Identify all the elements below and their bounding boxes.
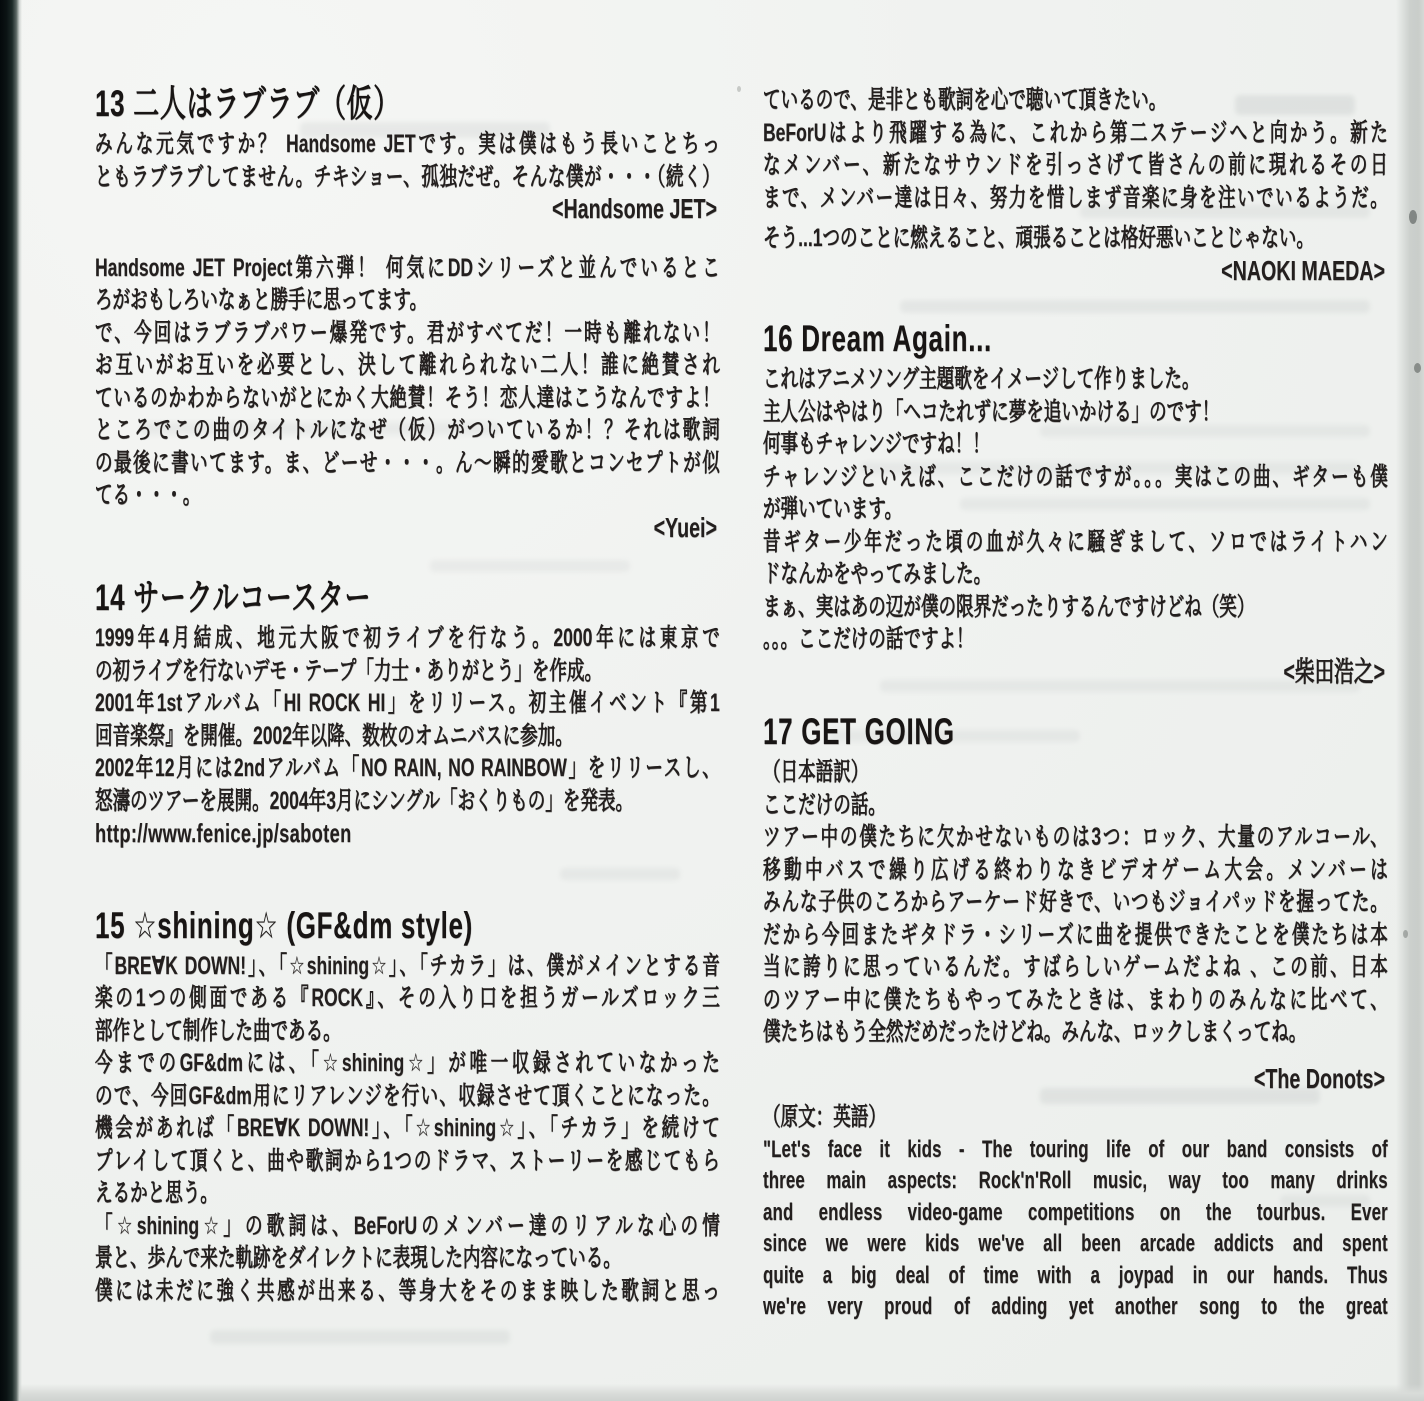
paragraph: そう...1つのことに燃えること、頑張ることは格好悪いことじゃない。 <box>763 222 1388 255</box>
body-line: we're very proud of adding yet another s… <box>763 1291 1388 1323</box>
body-line: えるかと思う。 <box>95 1177 720 1210</box>
dust-speck <box>1403 930 1408 938</box>
body-line: の初ライブを行ないデモ・テープ「力士・ありがとう」を作成。 <box>95 655 720 688</box>
paragraph: 1999年4月結成、地元大阪で初ライブを行なう。2000年には東京での初ライブを… <box>95 622 720 817</box>
body-line: 主人公はやはり「ヘコたれずに夢を追いかける」のです！ <box>763 396 1388 429</box>
body-line: quite a big deal of time with a joypad i… <box>763 1260 1388 1292</box>
section-heading: 16 Dream Again... <box>763 319 1388 359</box>
body-line: 移動中バスで繰り広げる終わりなきビデオゲーム大会。メンバーは <box>763 854 1388 887</box>
body-line: まで、メンバー達は日々、努力を惜しまず音楽に身を注いでいるようだ。 <box>763 182 1388 215</box>
body-line: みんな子供のころからアーケード好きで、いつもジョイパッドを握ってた。 <box>763 886 1388 919</box>
section-heading: 14 サークルコースター <box>95 578 720 618</box>
body-line: なメンバー、新たなサウンドを引っさげて皆さんの前に現れるその日 <box>763 149 1388 182</box>
body-line: ので、今回GF&dm用にリアレンジを行い、収録させて頂くことになった。 <box>95 1080 720 1113</box>
section-heading: 13 二人はラブラブ（仮） <box>95 84 720 124</box>
body-line: が弾いています。 <box>763 493 1388 526</box>
body-line: の最後に書いてます。ま、どーせ・・・。ん～瞬的愛歌とコンセプトが似 <box>95 447 720 480</box>
body-line: 僕たちはもう全然だめだったけどね。みんな、ロックしまくってね。 <box>763 1016 1388 1049</box>
body-line: 2002年12月には2ndアルバム「NO RAIN, NO RAINBOW」をリ… <box>95 752 720 785</box>
body-line: ともラブラブしてません。チキショー、孤独だぜ。そんな僕が・・・（続く） <box>95 161 720 194</box>
body-line: three main aspects: Rock'n'Roll music, w… <box>763 1165 1388 1197</box>
body-line: 昔ギター少年だった頃の血が久々に騒ぎまして、ソロではライトハン <box>763 526 1388 559</box>
body-line: （原文：英語） <box>763 1101 1388 1134</box>
right-column: ているので、是非とも歌詞を心で聴いて頂きたい。BeForUはより飛躍する為に、こ… <box>763 84 1388 1323</box>
body-line: and endless video-game competitions on t… <box>763 1197 1388 1229</box>
page-bottom-edge <box>0 1384 1424 1401</box>
body-line: ドなんかをやってみました。 <box>763 558 1388 591</box>
body-line: ているのかわからないがとにかく大絶賛！そう！恋人達はこうなんですよ！ <box>95 382 720 415</box>
body-line: 機会があれば「BRE∀K DOWN!」、「☆shining☆」、「チカラ」を続け… <box>95 1112 720 1145</box>
paragraph: 「BRE∀K DOWN!」、「☆shining☆」、「チカラ」は、僕がメインとす… <box>95 950 720 1308</box>
body-line: （日本語訳） <box>763 756 1388 789</box>
dust-speck <box>1409 210 1417 224</box>
dust-speck <box>1414 363 1421 373</box>
body-line: てる・・・。 <box>95 479 720 512</box>
paragraph: みんな元気ですか？ Handsome JETです。実は僕はもう長いことちっともラ… <box>95 128 720 193</box>
body-line: プレイして頂くと、曲や歌詞から1つのドラマ、ストーリーを感じてもら <box>95 1145 720 1178</box>
body-line: BeForUはより飛躍する為に、これから第二ステージへと向かう。新た <box>763 117 1388 150</box>
left-column: 13 二人はラブラブ（仮）みんな元気ですか？ Handsome JETです。実は… <box>95 84 720 1307</box>
body-line: ツアー中の僕たちに欠かせないものは3つ：ロック、大量のアルコール、 <box>763 821 1388 854</box>
body-line: 僕には未だに強く共感が出来る、等身大をそのまま映した歌詞と思っ <box>95 1275 720 1308</box>
credit-line: <柴田浩之> <box>763 656 1388 689</box>
credit-line: <NAOKI MAEDA> <box>763 255 1388 288</box>
body-line: お互いがお互いを必要とし、決して離れられない二人！誰に絶賛され <box>95 349 720 382</box>
paragraph: （原文：英語） <box>763 1101 1388 1134</box>
body-line: のツアー中に僕たちもやってみたときは、まわりのみんなに比べて、 <box>763 984 1388 1017</box>
paragraph: ているので、是非とも歌詞を心で聴いて頂きたい。BeForUはより飛躍する為に、こ… <box>763 84 1388 214</box>
binding-edge <box>0 0 22 1401</box>
body-line: まぁ、実はあの辺が僕の限界だったりするんですけどね（笑） <box>763 591 1388 624</box>
body-line: 「☆shining☆」の歌詞は、BeForUのメンバー達のリアルな心の情 <box>95 1210 720 1243</box>
body-line: 何事もチャレンジですね！！ <box>763 428 1388 461</box>
body-line: ところでこの曲のタイトルになぜ（仮）がついているか！？それは歌詞 <box>95 414 720 447</box>
body-line: 。。。ここだけの話ですよ！ <box>763 623 1388 656</box>
body-line: 部作として制作した曲である。 <box>95 1015 720 1048</box>
paragraph: これはアニメソング主題歌をイメージして作りました。主人公はやはり「ヘコたれずに夢… <box>763 363 1388 656</box>
body-line: 今までのGF&dmには、「☆shining☆」が唯一収録されていなかった <box>95 1047 720 1080</box>
body-line: だから今回またギタドラ・シリーズに曲を提供できたことを僕たちは本 <box>763 919 1388 952</box>
ghost-text-bar <box>210 1330 510 1344</box>
dust-speck <box>737 86 741 92</box>
body-line: Handsome JET Project第六弾！ 何気にDDシリーズと並んでいる… <box>95 252 720 285</box>
body-line: これはアニメソング主題歌をイメージして作りました。 <box>763 363 1388 396</box>
section-heading: 17 GET GOING <box>763 712 1388 752</box>
paragraph: Handsome JET Project第六弾！ 何気にDDシリーズと並んでいる… <box>95 252 720 512</box>
paragraph: （日本語訳）ここだけの話。ツアー中の僕たちに欠かせないものは3つ：ロック、大量の… <box>763 756 1388 1049</box>
paragraph: "Let's face it kids - The touring life o… <box>763 1134 1388 1323</box>
body-line: チャレンジといえば、ここだけの話ですが。。。実はこの曲、ギターも僕 <box>763 461 1388 494</box>
scanned-booklet-page: 13 二人はラブラブ（仮）みんな元気ですか？ Handsome JETです。実は… <box>0 0 1424 1401</box>
body-line: 「BRE∀K DOWN!」、「☆shining☆」、「チカラ」は、僕がメインとす… <box>95 950 720 983</box>
body-line: みんな元気ですか？ Handsome JETです。実は僕はもう長いことちっ <box>95 128 720 161</box>
body-line: 景と、歩んで来た軌跡をダイレクトに表現した内容になっている。 <box>95 1242 720 1275</box>
body-line: since we were kids we've all been arcade… <box>763 1228 1388 1260</box>
body-line: で、今回はラブラブパワー爆発です。君がすべてだ！一時も離れない！ <box>95 317 720 350</box>
body-line: "Let's face it kids - The touring life o… <box>763 1134 1388 1166</box>
body-line: ろがおもしろいなぁと勝手に思ってます。 <box>95 284 720 317</box>
body-line: そう...1つのことに燃えること、頑張ることは格好悪いことじゃない。 <box>763 222 1388 255</box>
credit-line: <Yuei> <box>95 512 720 545</box>
body-line: ているので、是非とも歌詞を心で聴いて頂きたい。 <box>763 84 1388 117</box>
body-line: 回音楽祭』を開催。2002年以降、数枚のオムニバスに参加。 <box>95 720 720 753</box>
body-line: ここだけの話。 <box>763 789 1388 822</box>
credit-line: <The Donots> <box>763 1063 1388 1096</box>
body-line: 2001年1stアルバム「HI ROCK HI」をリリース。初主催イベント『第1 <box>95 687 720 720</box>
section-heading: 15 ☆shining☆ (GF&dm style) <box>95 906 720 946</box>
url-line: http://www.fenice.jp/saboten <box>95 817 720 850</box>
body-line: 怒濤のツアーを展開。2004年3月にシングル「おくりもの」を発表。 <box>95 785 720 818</box>
body-line: 当に誇りに思っているんだ。すばらしいゲームだよね 、この前、日本 <box>763 951 1388 984</box>
credit-line: <Handsome JET> <box>95 193 720 226</box>
body-line: 1999年4月結成、地元大阪で初ライブを行なう。2000年には東京で <box>95 622 720 655</box>
body-line: 楽の1つの側面である『ROCK』、その入り口を担うガールズロック三 <box>95 982 720 1015</box>
